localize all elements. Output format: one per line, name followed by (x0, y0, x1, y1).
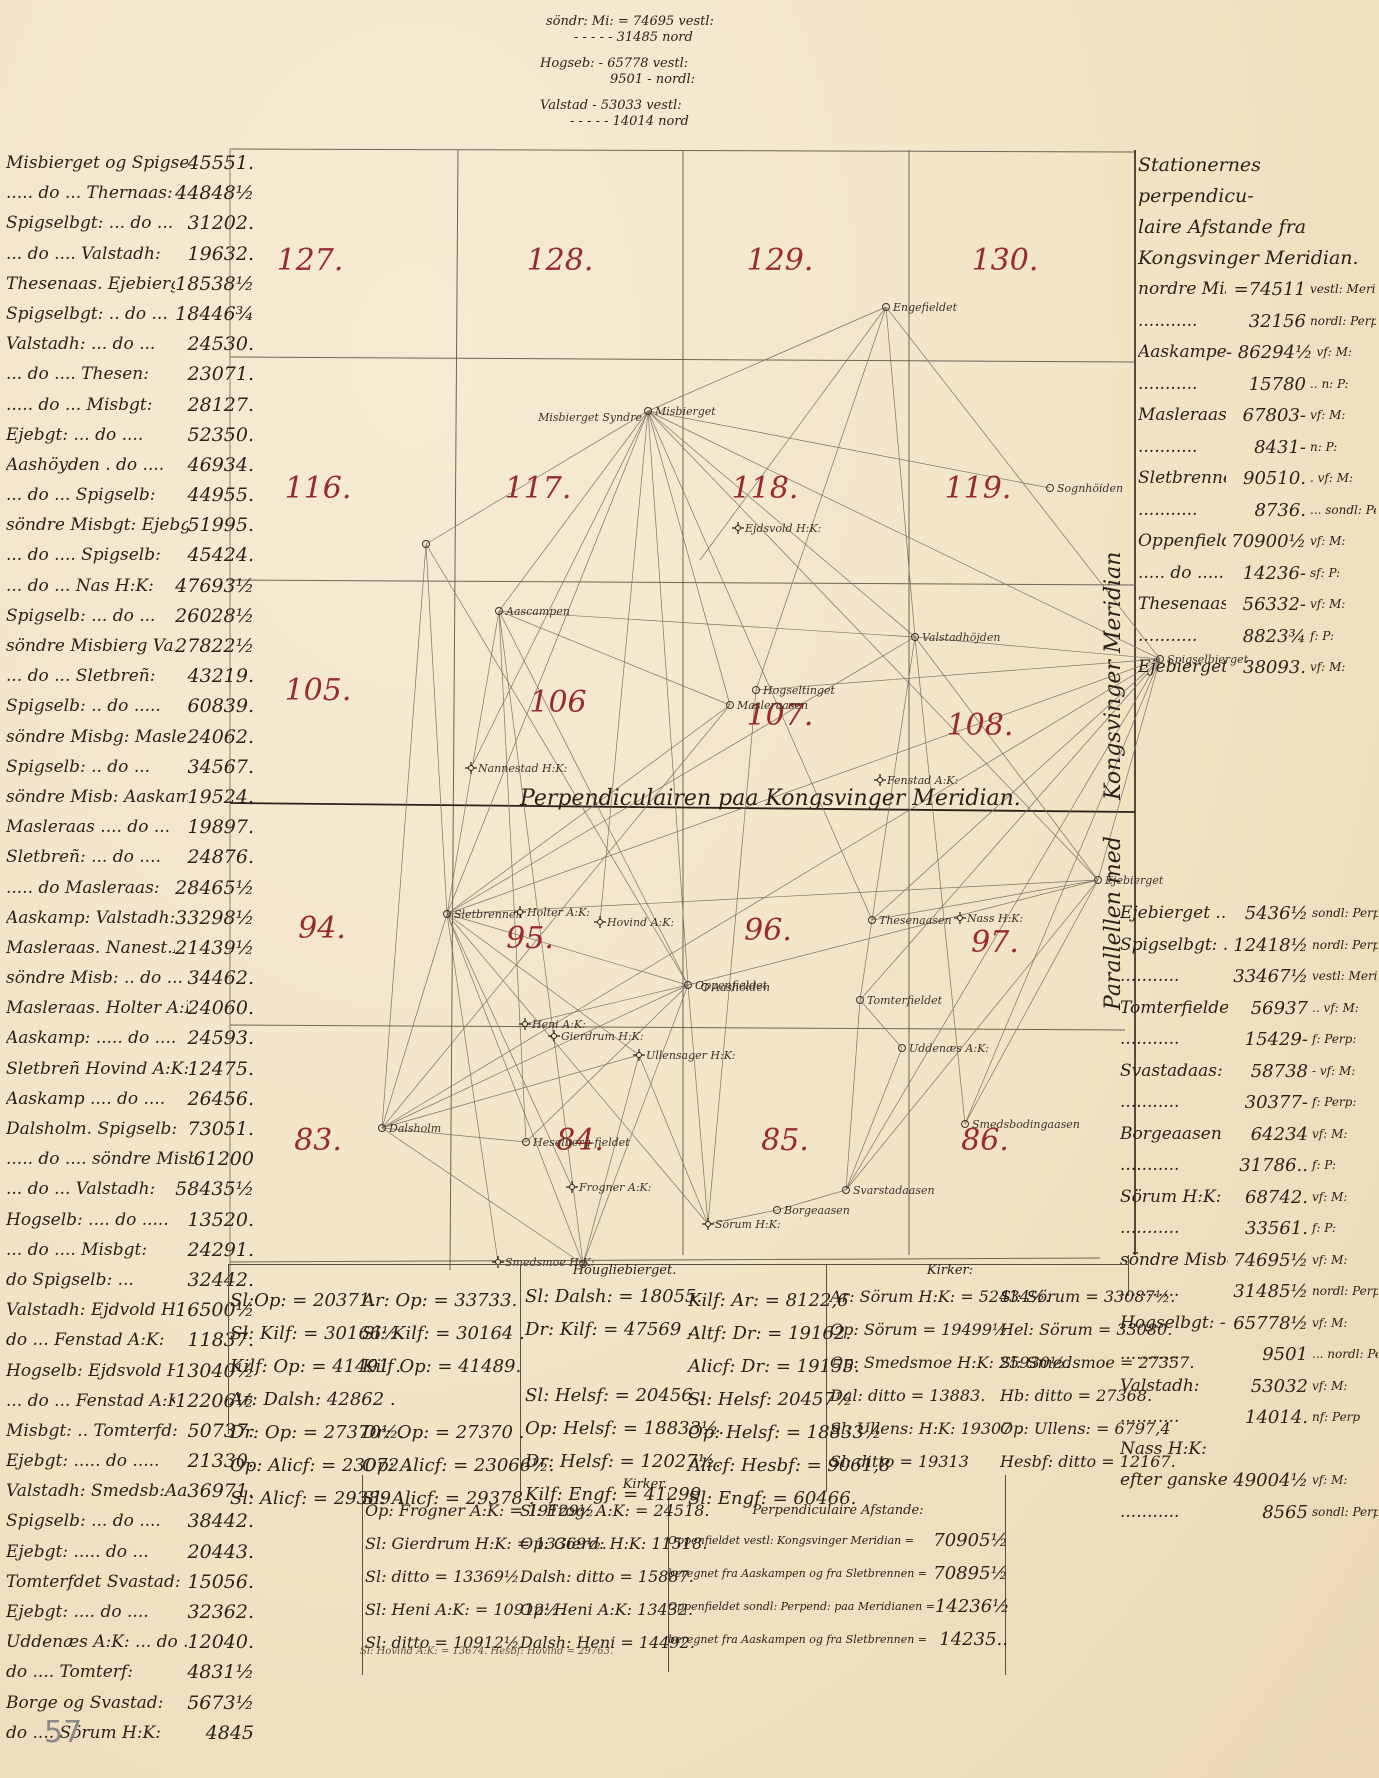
sheet-number: 83. (294, 1123, 342, 1158)
station-name: ........... (1120, 1497, 1228, 1529)
distance-row: Ejebgt: ..... do .....21330. (6, 1446, 254, 1476)
station-suffix: f: Perp: (1308, 1087, 1378, 1119)
table-header: Kirker. (365, 1476, 925, 1494)
station-suffix: ... nordl: Perp: (1308, 1339, 1378, 1371)
perp-value: 70895½ (933, 1557, 1008, 1590)
distance-row: ... do ... Valstadh:58435½ (6, 1174, 254, 1204)
distance-value: 13520. (188, 1205, 254, 1235)
distance-label: Masleraas. Holter A:K: (6, 993, 188, 1023)
station-marker: Borgeaasen (774, 1204, 850, 1217)
station-value: 8565 (1228, 1497, 1308, 1529)
distance-label: Borge og Svastad: (6, 1688, 163, 1718)
distance-value: 31202. (188, 208, 254, 238)
station-name: ........... (1120, 1213, 1228, 1245)
distance-row: söndre Misb: .. do ...34462. (6, 963, 254, 993)
top-note-line: Valstad - 53033 vestl: (540, 98, 714, 114)
distance-label: Hogselb: .... do ..... (6, 1205, 169, 1235)
distance-label: Spigselbgt: ... do ... (6, 208, 173, 238)
perp-text: Oppenfieldet vestl: Kongsvinger Meridian… (668, 1524, 914, 1557)
station-suffix: vf: M: (1308, 1182, 1378, 1214)
distance-label: ..... do ... Thernaas: (6, 178, 173, 208)
distance-row: Ejebgt: ... do ....52350. (6, 420, 254, 450)
station-distance-row: ...........8736.... sondl: Perp (1138, 495, 1376, 527)
distance-label: Spigselb: ... do .... (6, 1506, 161, 1536)
panel-title-line: laire Afstande fra (1138, 212, 1376, 243)
perpendicular-distances-box: Perpendiculaire Afstande: Oppenfieldet v… (668, 1498, 1008, 1656)
station-marker: Valstadhöjden (912, 631, 1001, 644)
station-distance-row: nordre Misbierg=74511vestl: Meri (1138, 274, 1376, 306)
distance-row: Spigselbgt: .. do ...18446¾ (6, 299, 254, 329)
station-distance-row: ...........30377-f: Perp: (1120, 1087, 1378, 1119)
station-value: 5436½ (1228, 898, 1308, 930)
sheet-number: 85. (761, 1123, 809, 1158)
station-value: 12418½ (1228, 930, 1308, 962)
distance-value: 51995. (188, 510, 254, 540)
distance-row: ..... do .... söndre Misb:61200 (6, 1144, 254, 1174)
station-value: 68742. (1228, 1182, 1308, 1214)
station-suffix: f: Perp: (1308, 1024, 1378, 1056)
station-value: 31786.. (1228, 1150, 1308, 1182)
station-label: Nass H:K: (966, 912, 1023, 925)
station-distance-row: Sörum H:K: ...68742.vf: M: (1120, 1182, 1378, 1214)
distance-row: Masleraas. Nanest.H:K:21439½ (6, 933, 254, 963)
distance-row: ... do .... Spigselb:45424. (6, 540, 254, 570)
station-distance-row: ...........8431-n: P: (1138, 432, 1376, 464)
station-suffix: vf: M: (1308, 1119, 1378, 1151)
distance-label: Spigselbgt: .. do ... (6, 299, 168, 329)
sheet-number: 129. (747, 243, 814, 278)
panel-title-line: Stationernes perpendicu- (1138, 150, 1376, 212)
station-name: Masleraasen. (1138, 400, 1226, 432)
station-name: ........... (1138, 621, 1226, 653)
distance-label: Valstadh: Smedsb:Aas: (6, 1476, 188, 1506)
station-suffix: .. vf: M: (1308, 993, 1378, 1025)
table-header: Kirker: (830, 1262, 1070, 1280)
distance-value: 73051. (188, 1114, 254, 1144)
table-kirker-2: Sl: Sörum = 33087½.Hel: Sörum = 33080.Sl… (1000, 1280, 1194, 1478)
station-value: =74511 (1226, 274, 1306, 306)
distance-value: 43219. (188, 661, 254, 691)
perp-text: beregnet fra Aaskampen og fra Sletbrenne… (668, 1557, 927, 1590)
distance-row: Valstadh: ... do ...24530. (6, 329, 254, 359)
table-header: Hougliebierget. (525, 1262, 724, 1280)
top-note: söndr: Mi: = 74695 vestl: - - - - - 3148… (540, 14, 714, 130)
station-label: Borgeaasen (783, 1204, 850, 1217)
station-value: 30377- (1228, 1087, 1308, 1119)
distance-label: ... do ... Valstadh: (6, 1174, 155, 1204)
perp-text: Oppenfieldet sondl: Perpend: paa Meridia… (668, 1590, 935, 1623)
distance-label: Masleraas .... do ... (6, 812, 170, 842)
perpendicular-label: Perpendiculairen paa Kongsvinger Meridia… (519, 786, 1021, 811)
sheet-number: 119. (945, 471, 1012, 506)
station-value: 8736. (1226, 495, 1306, 527)
distance-label: Aaskamp: ..... do .... (6, 1023, 176, 1053)
distance-value: 19897. (188, 812, 254, 842)
distance-value: 26456. (188, 1084, 254, 1114)
distance-label: Ejebgt: ..... do ..... (6, 1446, 159, 1476)
table-cell: Hesbf: ditto = 12167. (1000, 1445, 1194, 1478)
distance-row: Masleraas. Holter A:K:24060. (6, 993, 254, 1023)
station-value: - 86294½ (1226, 337, 1313, 369)
station-suffix: vf: M: (1306, 652, 1376, 684)
station-value: 56937 (1228, 993, 1308, 1025)
distance-label: ... do ... Spigselb: (6, 480, 155, 510)
sheet-number: 127. (277, 243, 344, 278)
distance-value: 45551. (188, 148, 254, 178)
distance-value: 46934. (188, 450, 254, 480)
station-suffix: vf: M: (1308, 1308, 1378, 1340)
station-label: Engefieldet (892, 301, 958, 314)
distance-row: Spigselb: .. do ...34567. (6, 752, 254, 782)
station-suffix: ... sondl: Perp (1306, 495, 1376, 527)
station-suffix: sondl: Perp: (1308, 898, 1378, 930)
distance-label: ... do .... Misbgt: (6, 1235, 147, 1265)
station-suffix: vf: M: (1306, 589, 1376, 621)
distance-value: 4831½ (187, 1657, 254, 1687)
station-value: 14236- (1226, 558, 1306, 590)
distance-label: ... do ... Sletbreñ: (6, 661, 155, 691)
distance-label: do .... Tomterf: (6, 1657, 133, 1687)
station-suffix: nordl: Perp: (1308, 1276, 1378, 1308)
distance-value: 24593. (188, 1023, 254, 1053)
station-suffix: . vf: M: (1306, 463, 1376, 495)
distance-label: do ... Fenstad A:K: (6, 1325, 164, 1355)
distance-row: söndre Misbierg Valstadh:27822½ (6, 631, 254, 661)
station-name: ........... (1138, 306, 1226, 338)
station-marker: Sletbrennen (444, 908, 523, 921)
station-name: Sörum H:K: ... (1120, 1182, 1228, 1214)
station-suffix: nf: Perp (1308, 1402, 1378, 1434)
distance-label: ..... do Masleraas: (6, 873, 160, 903)
station-label: Valstadhöjden (922, 631, 1000, 644)
distance-row: Dalsholm. Spigselb:73051. (6, 1114, 254, 1144)
distance-value: 33298½ (175, 903, 254, 933)
distance-value: 34567. (188, 752, 254, 782)
distance-row: Aashöyden . do ....46934. (6, 450, 254, 480)
station-value: 38093. (1226, 652, 1306, 684)
table-cell: Op: Ullens: = 6797,4 (1000, 1412, 1194, 1445)
distance-label: Aaskamp .... do .... (6, 1084, 165, 1114)
station-distance-row: Tomterfieldet ..56937.. vf: M: (1120, 993, 1378, 1025)
distance-value: 24060. (188, 993, 254, 1023)
distance-value: 34462. (188, 963, 254, 993)
station-name: ........... (1120, 1087, 1228, 1119)
station-value: 14014. (1228, 1402, 1308, 1434)
station-distance-row: ...........33561.f: P: (1120, 1213, 1378, 1245)
distance-row: ... do .... Valstadh:19632. (6, 239, 254, 269)
station-value: 9501 (1228, 1339, 1308, 1371)
top-note-line: söndr: Mi: = 74695 vestl: (540, 14, 714, 30)
station-value: 67803- (1226, 400, 1306, 432)
station-distance-row: Masleraasen.67803-vf: M: (1138, 400, 1376, 432)
distance-row: Masleraas .... do ...19897. (6, 812, 254, 842)
distance-row: ... do ... Sletbreñ:43219. (6, 661, 254, 691)
station-distance-row: söndre Misberg ...74695½vf: M: (1120, 1245, 1378, 1277)
distance-label: do .... Sörum H:K: (6, 1718, 161, 1748)
station-suffix: vestl: Meri (1306, 274, 1376, 306)
station-suffix: vf: M: (1308, 1371, 1378, 1403)
distance-row: Ejebgt: .... do ....32362. (6, 1597, 254, 1627)
station-label: Misbierget Syndre (537, 411, 642, 424)
distance-row: Sletbreñ: ... do ....24876. (6, 842, 254, 872)
distance-label: ... do .... Thesen: (6, 359, 149, 389)
station-label: Ullensager H:K: (646, 1049, 736, 1062)
distance-value: 28465½ (175, 873, 254, 903)
distance-row: Aaskamp .... do ....26456. (6, 1084, 254, 1114)
station-marker: Hogseltinget (753, 684, 836, 697)
station-marker: Gierdrum H:K: (548, 1030, 644, 1043)
distance-value: 27822½ (175, 631, 254, 661)
station-name: Tomterfieldet .. (1120, 993, 1228, 1025)
station-distance-row: ...........32156nordl: Perp. (1138, 306, 1376, 338)
distance-label: Ejebgt: .... do .... (6, 1597, 149, 1627)
sheet-number: 95. (506, 921, 554, 956)
distance-label: Spigselb: .. do ..... (6, 691, 161, 721)
panel-title-line: Kongsvinger Meridian. (1138, 243, 1376, 274)
distance-label: Aashöyden . do .... (6, 450, 164, 480)
station-marker: Masleraasen (727, 699, 809, 712)
station-distance-row: Thesenaasen..56332-vf: M: (1138, 589, 1376, 621)
station-marker: Nannestad H:K: (465, 762, 567, 775)
distance-row: Hogselb: .... do .....13520. (6, 1205, 254, 1235)
distance-label: söndre Misb: .. do ... (6, 963, 183, 993)
distance-value: 24876. (188, 842, 254, 872)
station-name: Svastadaas: ... (1120, 1056, 1228, 1088)
station-name: ..... do ..... (1138, 558, 1226, 590)
sheet-number: 97. (971, 925, 1019, 960)
perp-value: 14236½ (935, 1590, 1010, 1623)
perp-row: Oppenfieldet sondl: Perpend: paa Meridia… (668, 1590, 1008, 1623)
distance-row: söndre Misbgt: Ejebgt:51995. (6, 510, 254, 540)
table-cell: Sl: Sörum = 33087½. (1000, 1280, 1194, 1313)
station-suffix: vf: M: (1306, 400, 1376, 432)
sheet-number: 117. (505, 471, 572, 506)
station-marker: Misbierget (645, 405, 717, 418)
distance-label: Thesenaas. Ejebiergt: (6, 269, 175, 299)
station-label: Aashöiden (711, 981, 770, 994)
station-distance-row: Ejebierget ....5436½sondl: Perp: (1120, 898, 1378, 930)
station-name: ........... (1138, 432, 1226, 464)
distance-value: 24530. (188, 329, 254, 359)
station-suffix: vf: M: (1313, 337, 1376, 369)
station-marker: Frogner A:K: (566, 1181, 651, 1194)
station-marker: Heselberg-fieldet (523, 1136, 631, 1149)
station-suffix: nordl: Perp: (1308, 930, 1378, 962)
distance-row: ... do ... Nas H:K:47693½ (6, 571, 254, 601)
station-marker: Ullensager H:K: (633, 1049, 736, 1062)
distance-label: ..... do ... Misbgt: (6, 390, 152, 420)
station-suffix (1308, 1434, 1378, 1466)
station-distance-row: Svastadaas: ...58738- vf: M: (1120, 1056, 1378, 1088)
distance-value: 32362. (188, 1597, 254, 1627)
station-distance-row: Spigselbgt: ...12418½nordl: Perp: (1120, 930, 1378, 962)
station-label: Uddenæs A:K: (909, 1042, 989, 1055)
distance-row: Hogselb: Ejdsvold H:K:13040½ (6, 1356, 254, 1386)
distance-value: 44955. (188, 480, 254, 510)
distance-label: söndre Misbierg Valstadh: (6, 631, 175, 661)
station-name: Aaskampen (1138, 337, 1226, 369)
distance-label: söndre Misbgt: Ejebgt: (6, 510, 188, 540)
distance-row: Valstadh: Smedsb:Aas:36971. (6, 1476, 254, 1506)
distance-row: Ejebgt: ..... do ...20443. (6, 1537, 254, 1567)
distance-label: Ejebgt: ... do .... (6, 420, 143, 450)
distance-value: 19632. (188, 239, 254, 269)
distance-row: do ... Fenstad A:K:11837. (6, 1325, 254, 1355)
station-name: ........... (1138, 495, 1226, 527)
distance-row: ... do .... Misbgt:24291. (6, 1235, 254, 1265)
distance-value: 18538½ (175, 269, 254, 299)
distance-label: Tomterfdet Svastad: (6, 1567, 181, 1597)
station-suffix: .. n: P: (1306, 369, 1376, 401)
distance-label: Misbierget og Spigselbg: (6, 148, 188, 178)
distance-row: ... do .... Thesen:23071. (6, 359, 254, 389)
sheet-number: 130. (972, 243, 1039, 278)
station-value: 70900½ (1226, 526, 1306, 558)
station-value: 53032 (1228, 1371, 1308, 1403)
station-marker: Ejdsvold H:K: (732, 522, 821, 535)
distance-row: ..... do Masleraas:28465½ (6, 873, 254, 903)
station-distance-row: ...........15780.. n: P: (1138, 369, 1376, 401)
station-value: 15429- (1228, 1024, 1308, 1056)
station-name: ........... (1120, 1024, 1228, 1056)
station-label: Holter A:K: (526, 906, 590, 919)
station-marker: Aashöiden (702, 981, 771, 994)
top-note-line: - - - - - 14014 nord (540, 114, 714, 130)
sheet-number: 105. (285, 673, 352, 708)
station-label: Sletbrennen (454, 908, 523, 921)
station-marker: Engefieldet (883, 301, 958, 314)
station-value: 64234 (1228, 1119, 1308, 1151)
distance-label: ... do .... Spigselb: (6, 540, 161, 570)
station-value: 58738 (1228, 1056, 1308, 1088)
station-name: nordre Misbierg (1138, 274, 1226, 306)
station-distance-row: ..... do .....14236-sf: P: (1138, 558, 1376, 590)
right-perpendicular-panel: Stationernes perpendicu- laire Afstande … (1138, 150, 1376, 684)
distance-label: Spigselb: .. do ... (6, 752, 150, 782)
distance-label: Masleraas. Nanest.H:K: (6, 933, 175, 963)
distance-row: Thesenaas. Ejebiergt:18538½ (6, 269, 254, 299)
station-label: Masleraasen (736, 699, 808, 712)
distance-value: 12040. (188, 1627, 254, 1657)
perp-row: beregnet fra Aaskampen og fra Sletbrenne… (668, 1623, 1008, 1656)
distance-value: 15056. (188, 1567, 254, 1597)
distance-label: ... do ... Fenstad A:K: (6, 1386, 175, 1416)
page-number: 57 (44, 1715, 82, 1750)
station-label: Sörum H:K: (715, 1218, 781, 1231)
distance-value: 23071. (188, 359, 254, 389)
station-name: Thesenaasen.. (1138, 589, 1226, 621)
sheet-number: 94. (298, 911, 346, 946)
station-name: Ejebierget .... (1120, 898, 1228, 930)
distance-value: 61200 (194, 1144, 254, 1174)
distance-value: 21439½ (175, 933, 254, 963)
station-value: 49004½ (1228, 1465, 1308, 1497)
station-suffix: sf: P: (1306, 558, 1376, 590)
station-distance-row: ...........8823¾f: P: (1138, 621, 1376, 653)
distance-row: Misbierget og Spigselbg:45551. (6, 148, 254, 178)
top-note-line: - - - - - 31485 nord (540, 30, 714, 46)
distance-row: do Spigselb: ...32442. (6, 1265, 254, 1295)
station-label: Thesenaasen (879, 914, 952, 927)
distance-label: ... do ... Nas H:K: (6, 571, 154, 601)
distance-value: 5673½ (187, 1688, 254, 1718)
distance-row: Sletbreñ Hovind A:K:12475. (6, 1054, 254, 1084)
distance-label: Spigselb: ... do ... (6, 601, 155, 631)
distance-value: 45424. (188, 540, 254, 570)
station-value: 8431- (1226, 432, 1306, 464)
station-suffix: vestl: Meri (1308, 961, 1378, 993)
distance-value: 26028½ (175, 601, 254, 631)
distance-row: Borge og Svastad:5673½ (6, 1688, 254, 1718)
sheet-number: 128. (527, 243, 594, 278)
station-value: 74695½ (1228, 1245, 1308, 1277)
distance-label: söndre Misb: Aaskamp: (6, 782, 188, 812)
distance-label: Sletbreñ: ... do .... (6, 842, 161, 872)
distance-value: 19524. (188, 782, 254, 812)
station-name: söndre Misberg ... (1120, 1245, 1228, 1277)
station-marker: Thesenaasen (869, 914, 952, 927)
distance-row: ..... do ... Thernaas:44848½ (6, 178, 254, 208)
distance-value: 12475. (188, 1054, 254, 1084)
distance-value: 47693½ (175, 571, 254, 601)
station-marker: Misbierget Syndre (537, 411, 642, 424)
distance-label: Valstadh: ... do ... (6, 329, 155, 359)
station-label: Sognhöiden (1057, 482, 1123, 495)
station-suffix: n: P: (1306, 432, 1376, 464)
station-name: ........... (1120, 961, 1228, 993)
station-marker: Uddenæs A:K: (899, 1042, 990, 1055)
station-value: 8823¾ (1226, 621, 1306, 653)
distance-label: söndre Misbg: Masleraas: (6, 722, 188, 752)
distance-row: do .... Tomterf:4831½ (6, 1657, 254, 1687)
sheet-number: 106 (529, 685, 586, 720)
station-suffix: f: P: (1308, 1150, 1378, 1182)
table-rule (228, 1264, 229, 1434)
distance-value: 24291. (188, 1235, 254, 1265)
station-value: 33467½ (1228, 961, 1308, 993)
station-label: Aascampen (505, 605, 570, 618)
distance-value: 20443. (188, 1537, 254, 1567)
perp-value: 14235.. (939, 1623, 1008, 1656)
distance-row: Spigselbgt: ... do ...31202. (6, 208, 254, 238)
station-marker: Holter A:K: (514, 906, 590, 919)
station-label: Hogseltinget (762, 684, 836, 697)
station-marker: Sognhöiden (1047, 482, 1124, 495)
distance-value: 28127. (188, 390, 254, 420)
table-cell: Hb: ditto = 27368. (1000, 1379, 1194, 1412)
distance-label: Ejebgt: ..... do ... (6, 1537, 149, 1567)
distance-row: söndre Misbg: Masleraas:24062. (6, 722, 254, 752)
station-label: Frogner A:K: (578, 1181, 651, 1194)
station-label: Gierdrum H:K: (561, 1030, 644, 1043)
perp-row: beregnet fra Aaskampen og fra Sletbrenne… (668, 1557, 1008, 1590)
station-value: 15780 (1226, 369, 1306, 401)
station-label: Nannestad H:K: (477, 762, 567, 775)
station-value: 32156 (1226, 306, 1306, 338)
station-suffix: f: P: (1306, 621, 1376, 653)
station-label: Hovind A:K: (606, 916, 674, 929)
station-distance-row: Ejebierget ....38093.vf: M: (1138, 652, 1376, 684)
left-distance-list: Misbierget og Spigselbg:45551...... do .… (6, 148, 254, 1748)
small-note: Sl: Hovind A:K: = 13674. Hesbf: Hovind =… (360, 1646, 613, 1657)
distance-value: 58435½ (175, 1174, 254, 1204)
station-name: Oppenfieldet. (1138, 526, 1226, 558)
distance-value: 18446¾ (175, 299, 254, 329)
distance-label: do Spigselb: ... (6, 1265, 134, 1295)
distance-label: Sletbreñ Hovind A:K: (6, 1054, 188, 1084)
distance-row: Spigselb: ... do ....38442. (6, 1506, 254, 1536)
station-distance-row: ...........33467½vestl: Meri (1120, 961, 1378, 993)
